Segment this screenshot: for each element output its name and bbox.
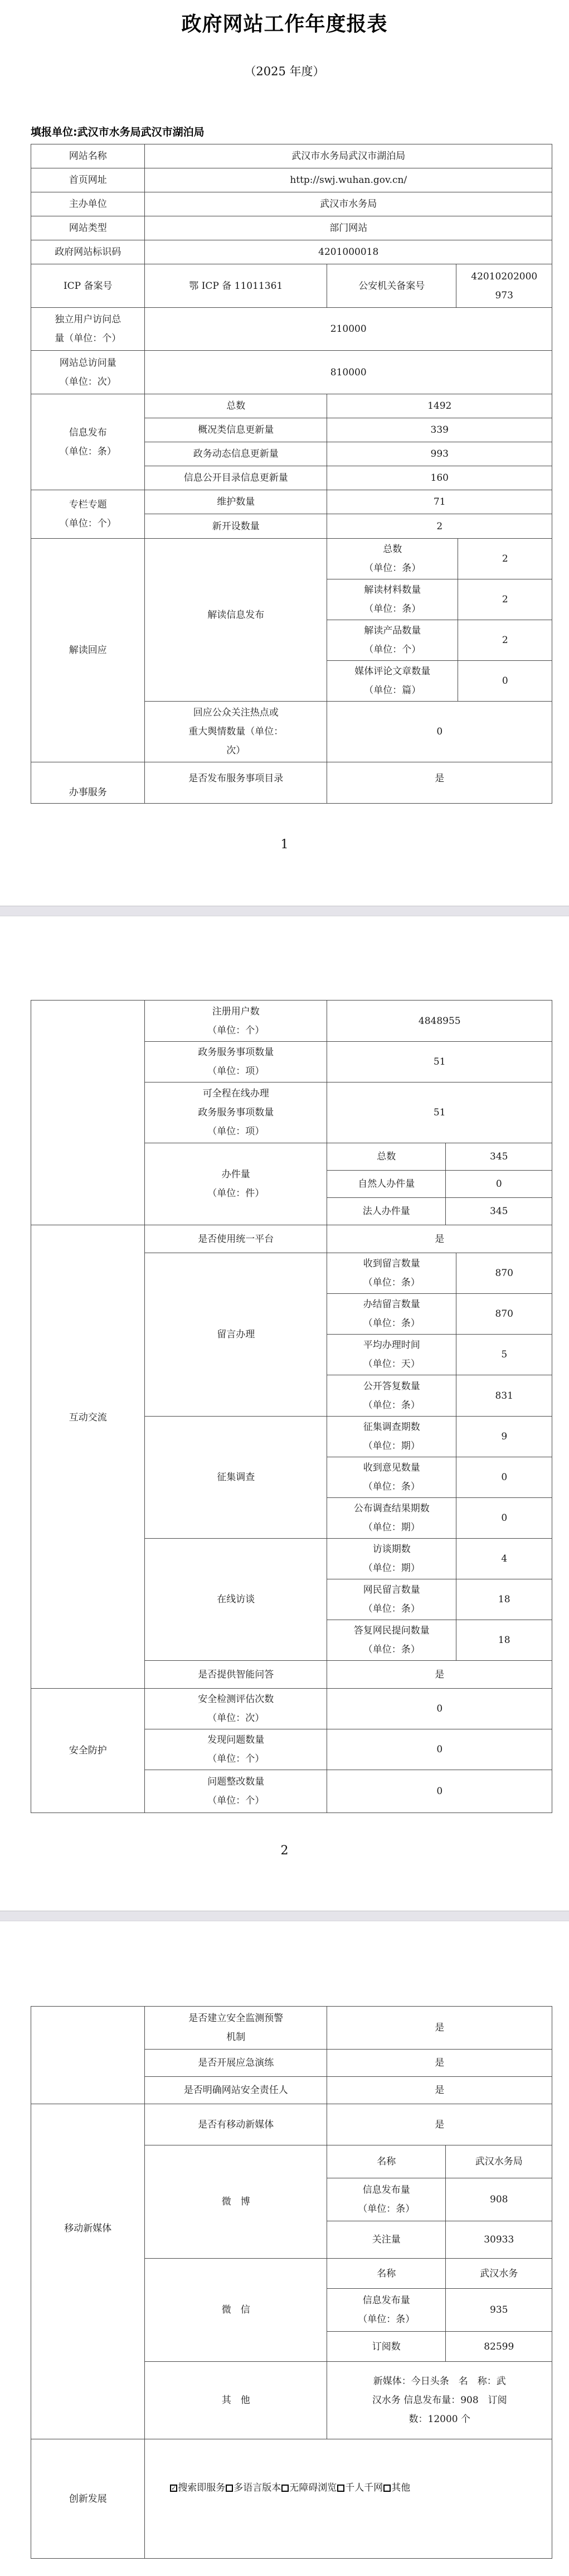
wechat-label: 微 信	[144, 2258, 327, 2362]
security-extra-value: 是	[327, 2006, 552, 2050]
security-row-value: 0	[327, 1729, 552, 1770]
interaction-label: 互动交流	[31, 1225, 145, 1689]
messages-row-value: 870	[456, 1293, 552, 1335]
unified-platform-value: 是	[327, 1225, 552, 1253]
checkbox-personalized[interactable]	[337, 2485, 344, 2492]
smart-qa-value: 是	[327, 1660, 552, 1689]
security-row-label: 发现问题数量 （单位：个）	[144, 1729, 327, 1770]
site-name-label: 网站名称	[31, 144, 145, 168]
total-visits-value: 810000	[144, 350, 552, 394]
info-publish-row-label: 政务动态信息更新量	[144, 442, 327, 466]
weibo-row-label: 名称	[327, 2145, 446, 2178]
interview-label: 在线访谈	[144, 1538, 327, 1661]
service-continued-blank	[31, 1000, 145, 1225]
public-response-value: 0	[327, 701, 552, 762]
wechat-row-label: 名称	[327, 2258, 446, 2289]
police-record-value: 42010202000 973	[456, 264, 552, 308]
special-columns-row-label: 新开设数量	[144, 514, 327, 539]
wechat-row-label: 信息发布量 （单位：条）	[327, 2288, 446, 2332]
service-label: 办事服务	[31, 762, 145, 804]
security-extra-label: 是否开展应急演练	[144, 2049, 327, 2077]
weibo-label: 微 博	[144, 2145, 327, 2259]
security-row-value: 0	[327, 1688, 552, 1729]
checkbox-accessibility[interactable]	[281, 2485, 289, 2492]
interpret-row-label: 总数 （单位：条）	[327, 538, 458, 579]
icp-label: ICP 备案号	[31, 264, 145, 308]
option-search-service-label: 搜索即服务	[178, 2478, 225, 2497]
unique-visitors-value: 210000	[144, 307, 552, 351]
report-year: （2025 年度）	[0, 62, 569, 79]
filling-unit: 填报单位:武汉市水务局武汉市湖泊局	[31, 124, 205, 139]
cases-row-label: 法人办件量	[327, 1197, 446, 1225]
homepage-value[interactable]: http://swj.wuhan.gov.cn/	[144, 168, 552, 192]
other-media-value: 新媒体：今日头条 名 称：武 汉水务 信息发布量：908 订阅 数：12000 …	[327, 2361, 552, 2439]
survey-label: 征集调查	[144, 1416, 327, 1539]
survey-row-label: 收到意见数量 （单位：条）	[327, 1457, 456, 1498]
innovation-checkbox-group: ✓搜索即服务 多语言版本 无障碍浏览 千人千网 其他	[169, 2478, 410, 2497]
interpret-row-label: 媒体评论文章数量 （单位：篇）	[327, 660, 458, 702]
registered-users-value: 4848955	[327, 1000, 552, 1042]
survey-row-label: 公布调查结果期数 （单位：期）	[327, 1497, 456, 1539]
special-columns-row-label: 维护数量	[144, 490, 327, 514]
page-separator	[0, 906, 569, 916]
service-items-label: 政务服务事项数量 （单位：项）	[144, 1041, 327, 1082]
interpret-publish-label: 解读信息发布	[144, 538, 327, 702]
public-response-label: 回应公众关注热点或 重大舆情数量（单位： 次）	[144, 701, 327, 762]
messages-row-value: 831	[456, 1375, 552, 1417]
security-label: 安全防护	[31, 1688, 145, 1813]
interview-row-label: 网民留言数量 （单位：条）	[327, 1579, 456, 1620]
service-catalog-value: 是	[327, 762, 552, 804]
sponsor-value: 武汉市水务局	[144, 192, 552, 216]
messages-row-label: 公开答复数量 （单位：条）	[327, 1375, 456, 1417]
info-publish-row-value: 339	[327, 418, 552, 442]
page-number-2: 2	[0, 1844, 569, 1858]
unique-visitors-label: 独立用户访问总 量（单位：个）	[31, 307, 145, 351]
icp-value: 鄂 ICP 备 11011361	[144, 264, 327, 308]
interpret-row-value: 2	[458, 620, 552, 661]
mobile-media-label: 移动新媒体	[31, 2104, 145, 2439]
interview-row-label: 访谈期数 （单位：期）	[327, 1538, 456, 1579]
cases-row-label: 总数	[327, 1143, 446, 1171]
survey-row-value: 0	[456, 1457, 552, 1498]
wechat-row-value: 武汉水务	[445, 2258, 552, 2289]
cases-row-value: 0	[445, 1170, 552, 1198]
weibo-row-value: 武汉水务局	[445, 2145, 552, 2178]
option-accessibility-label: 无障碍浏览	[289, 2478, 337, 2497]
option-other-label: 其他	[391, 2478, 410, 2497]
weibo-row-label: 信息发布量 （单位：条）	[327, 2178, 446, 2221]
interpret-row-label: 解读材料数量 （单位：条）	[327, 579, 458, 620]
info-publish-row-label: 总数	[144, 394, 327, 418]
security-extra-value: 是	[327, 2049, 552, 2077]
online-items-value: 51	[327, 1082, 552, 1143]
info-publish-row-value: 993	[327, 442, 552, 466]
messages-row-value: 5	[456, 1334, 552, 1375]
interpret-response-label: 解读回应	[31, 538, 145, 762]
has-mobile-media-value: 是	[327, 2104, 552, 2145]
cases-label: 办件量 （单位：件）	[144, 1143, 327, 1225]
wechat-row-label: 订阅数	[327, 2331, 446, 2362]
cases-row-label: 自然人办件量	[327, 1170, 446, 1198]
security-row-value: 0	[327, 1770, 552, 1813]
security-row-label: 安全检测评估次数 （单位：次）	[144, 1688, 327, 1729]
info-publish-row-value: 1492	[327, 394, 552, 418]
interview-row-value: 18	[456, 1620, 552, 1661]
survey-row-value: 9	[456, 1416, 552, 1457]
security-extra-label: 是否建立安全监测预警 机制	[144, 2006, 327, 2050]
info-publish-row-value: 160	[327, 466, 552, 490]
smart-qa-label: 是否提供智能问答	[144, 1660, 327, 1689]
page-separator	[0, 1911, 569, 1921]
security-extra-value: 是	[327, 2076, 552, 2104]
cases-row-value: 345	[445, 1197, 552, 1225]
special-columns-row-value: 2	[327, 514, 552, 539]
report-title: 政府网站工作年度报表	[0, 8, 569, 37]
registered-users-label: 注册用户数 （单位：个）	[144, 1000, 327, 1042]
special-columns-label: 专栏专题 （单位：个）	[31, 490, 145, 539]
survey-row-label: 征集调查期数 （单位：期）	[327, 1416, 456, 1457]
wechat-row-value: 935	[445, 2288, 552, 2332]
cases-row-value: 345	[445, 1143, 552, 1171]
site-code-label: 政府网站标识码	[31, 240, 145, 264]
site-code-value: 4201000018	[144, 240, 552, 264]
checkbox-other[interactable]	[383, 2485, 391, 2492]
weibo-row-value: 30933	[445, 2221, 552, 2259]
option-multilingual-label: 多语言版本	[234, 2478, 281, 2497]
service-catalog-label: 是否发布服务事项目录	[144, 762, 327, 804]
interpret-row-label: 解读产品数量 （单位：个）	[327, 620, 458, 661]
online-items-label: 可全程在线办理 政务服务事项数量 （单位：项）	[144, 1082, 327, 1143]
checkbox-search-service[interactable]: ✓	[170, 2485, 177, 2492]
security-row-label: 问题整改数量 （单位：个）	[144, 1770, 327, 1813]
messages-label: 留言办理	[144, 1253, 327, 1417]
weibo-row-label: 关注量	[327, 2221, 446, 2259]
messages-row-label: 平均办理时间 （单位：天）	[327, 1334, 456, 1375]
homepage-label: 首页网址	[31, 168, 145, 192]
innovation-options: ✓搜索即服务 多语言版本 无障碍浏览 千人千网 其他	[144, 2439, 552, 2559]
total-visits-label: 网站总访问量 （单位：次）	[31, 350, 145, 394]
interpret-row-value: 2	[458, 579, 552, 620]
info-publish-row-label: 信息公开目录信息更新量	[144, 466, 327, 490]
interpret-row-value: 0	[458, 660, 552, 702]
interpret-row-value: 2	[458, 538, 552, 579]
weibo-row-value: 908	[445, 2178, 552, 2221]
info-publish-label: 信息发布 （单位：条）	[31, 394, 145, 490]
messages-row-label: 收到留言数量 （单位：条）	[327, 1253, 456, 1294]
interview-row-value: 18	[456, 1579, 552, 1620]
security-extra-label: 是否明确网站安全责任人	[144, 2076, 327, 2104]
site-name-value: 武汉市水务局武汉市湖泊局	[144, 144, 552, 168]
other-media-label: 其 他	[144, 2361, 327, 2439]
survey-row-value: 0	[456, 1497, 552, 1539]
police-record-label: 公安机关备案号	[327, 264, 456, 308]
service-items-value: 51	[327, 1041, 552, 1082]
messages-row-label: 办结留言数量 （单位：条）	[327, 1293, 456, 1335]
site-type-label: 网站类型	[31, 216, 145, 240]
interview-row-label: 答复网民提问数量 （单位：条）	[327, 1620, 456, 1661]
site-type-value: 部门网站	[144, 216, 552, 240]
special-columns-row-value: 71	[327, 490, 552, 514]
security-continued-blank	[31, 2006, 145, 2104]
unified-platform-label: 是否使用统一平台	[144, 1225, 327, 1253]
option-personalized-label: 千人千网	[345, 2478, 383, 2497]
page-number-1: 1	[0, 838, 569, 852]
messages-row-value: 870	[456, 1253, 552, 1294]
info-publish-row-label: 概况类信息更新量	[144, 418, 327, 442]
checkbox-multilingual[interactable]	[226, 2485, 233, 2492]
innovation-label: 创新发展	[31, 2439, 145, 2559]
sponsor-label: 主办单位	[31, 192, 145, 216]
interview-row-value: 4	[456, 1538, 552, 1579]
has-mobile-media-label: 是否有移动新媒体	[144, 2104, 327, 2145]
wechat-row-value: 82599	[445, 2331, 552, 2362]
